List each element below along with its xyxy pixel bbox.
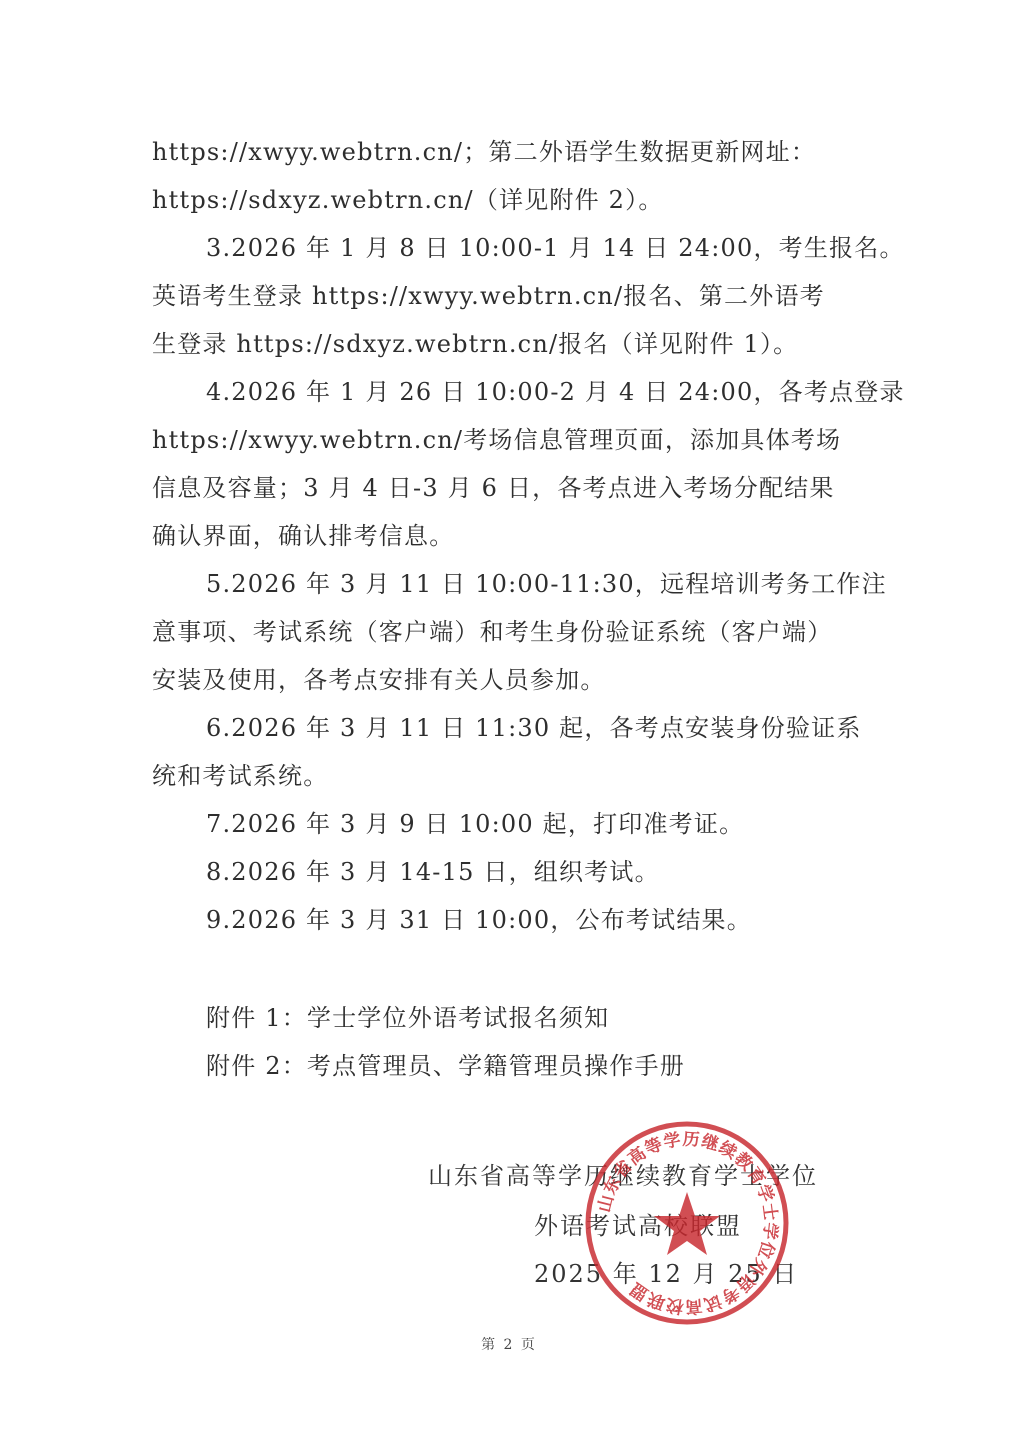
text-line: https://sdxyz.webtrn.cn/（详见附件 2）。 <box>152 184 872 216</box>
document-page: https://xwyy.webtrn.cn/；第二外语学生数据更新网址： ht… <box>0 0 1018 1440</box>
text-line: 英语考生登录 https://xwyy.webtrn.cn/报名、第二外语考 <box>152 280 872 312</box>
text-line: 确认界面，确认排考信息。 <box>152 520 872 552</box>
schedule-item-6: 6.2026 年 3 月 11 日 11:30 起，各考点安装身份验证系 <box>206 712 926 744</box>
text-line: 信息及容量；3 月 4 日-3 月 6 日，各考点进入考场分配结果 <box>152 472 872 504</box>
schedule-item-4: 4.2026 年 1 月 26 日 10:00-2 月 4 日 24:00，各考… <box>206 376 926 408</box>
text-line: https://xwyy.webtrn.cn/；第二外语学生数据更新网址： <box>152 136 872 168</box>
text-line: 统和考试系统。 <box>152 760 872 792</box>
attachment-2: 附件 2：考点管理员、学籍管理员操作手册 <box>206 1050 926 1082</box>
official-seal: 山东省高等学历继续教育学士学位外语考试高校联盟 <box>584 1120 790 1326</box>
text-line: https://xwyy.webtrn.cn/考场信息管理页面，添加具体考场 <box>152 424 872 456</box>
star-icon <box>654 1192 720 1255</box>
text-line: 安装及使用，各考点安排有关人员参加。 <box>152 664 872 696</box>
schedule-item-5: 5.2026 年 3 月 11 日 10:00-11:30，远程培训考务工作注 <box>206 568 926 600</box>
schedule-item-3: 3.2026 年 1 月 8 日 10:00-1 月 14 日 24:00，考生… <box>206 232 926 264</box>
schedule-item-8: 8.2026 年 3 月 14-15 日，组织考试。 <box>206 856 926 888</box>
text-line: 生登录 https://sdxyz.webtrn.cn/报名（详见附件 1）。 <box>152 328 872 360</box>
text-line: 意事项、考试系统（客户端）和考生身份验证系统（客户端） <box>152 616 872 648</box>
schedule-item-7: 7.2026 年 3 月 9 日 10:00 起，打印准考证。 <box>206 808 926 840</box>
page-number: 第 2 页 <box>0 1334 1018 1354</box>
schedule-item-9: 9.2026 年 3 月 31 日 10:00，公布考试结果。 <box>206 904 926 936</box>
attachment-1: 附件 1：学士学位外语考试报名须知 <box>206 1002 926 1034</box>
